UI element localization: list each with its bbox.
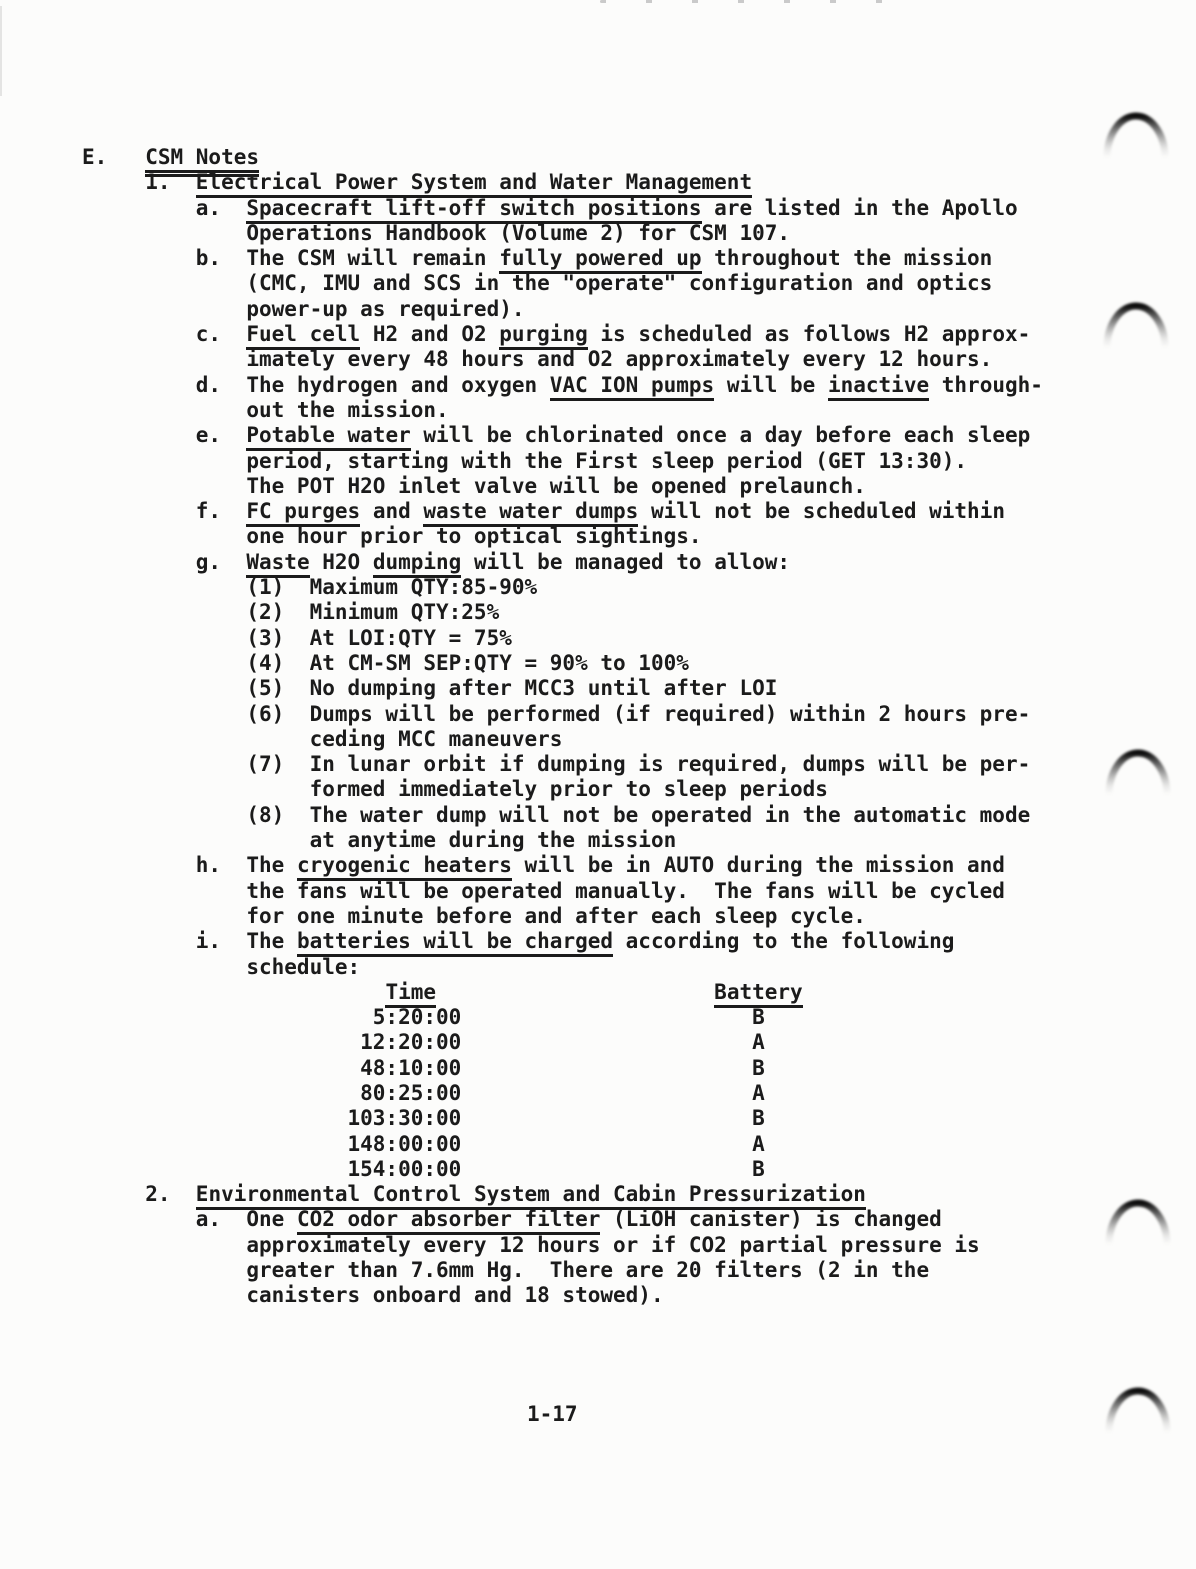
text-line: i. The batteries will be charged accordi… <box>82 929 1043 954</box>
text-line: g. Waste H2O dumping will be managed to … <box>82 550 1043 575</box>
text-line: for one minute before and after each sle… <box>82 904 1043 929</box>
text-line: 2. Environmental Control System and Cabi… <box>82 1182 1043 1207</box>
text-line: (CMC, IMU and SCS in the "operate" confi… <box>82 271 1043 296</box>
text-line: e. Potable water will be chlorinated onc… <box>82 423 1043 448</box>
binder-hole-shadow <box>1102 112 1170 162</box>
text-line: b. The CSM will remain fully powered up … <box>82 246 1043 271</box>
text-line: ceding MCC maneuvers <box>82 727 1043 752</box>
text-line: d. The hydrogen and oxygen VAC ION pumps… <box>82 373 1043 398</box>
text-line: 12:20:00 A <box>82 1030 1043 1055</box>
text-line: The POT H2O inlet valve will be opened p… <box>82 474 1043 499</box>
text-line: (1) Maximum QTY:85-90% <box>82 575 1043 600</box>
document-lines: E. CSM Notes 1. Electrical Power System … <box>82 145 1043 1309</box>
text-line: Operations Handbook (Volume 2) for CSM 1… <box>82 221 1043 246</box>
text-line: f. FC purges and waste water dumps will … <box>82 499 1043 524</box>
text-line: (4) At CM-SM SEP:QTY = 90% to 100% <box>82 651 1043 676</box>
text-line: a. Spacecraft lift-off switch positions … <box>82 196 1043 221</box>
text-line: out the mission. <box>82 398 1043 423</box>
scan-artifact-top-edge <box>600 0 920 3</box>
text-line: period, starting with the First sleep pe… <box>82 449 1043 474</box>
text-line: the fans will be operated manually. The … <box>82 879 1043 904</box>
text-line: imately every 48 hours and O2 approximat… <box>82 347 1043 372</box>
text-line: (5) No dumping after MCC3 until after LO… <box>82 676 1043 701</box>
binder-hole-shadow <box>1104 1387 1172 1437</box>
text-line: Time Battery <box>82 980 1043 1005</box>
binder-hole-shadow <box>1102 302 1170 352</box>
text-line: one hour prior to optical sightings. <box>82 524 1043 549</box>
document-page: E. CSM Notes 1. Electrical Power System … <box>0 0 1196 1569</box>
text-line: schedule: <box>82 955 1043 980</box>
text-line: a. One CO2 odor absorber filter (LiOH ca… <box>82 1207 1043 1232</box>
text-line: approximately every 12 hours or if CO2 p… <box>82 1233 1043 1258</box>
text-line: formed immediately prior to sleep period… <box>82 777 1043 802</box>
scan-artifact-left-edge <box>0 6 2 96</box>
text-line: 154:00:00 B <box>82 1157 1043 1182</box>
binder-hole-shadow <box>1104 749 1172 799</box>
text-line: 103:30:00 B <box>82 1106 1043 1131</box>
text-line: c. Fuel cell H2 and O2 purging is schedu… <box>82 322 1043 347</box>
text-line: (6) Dumps will be performed (if required… <box>82 702 1043 727</box>
page-number: 1-17 <box>527 1402 578 1426</box>
text-line: E. CSM Notes <box>82 145 1043 170</box>
text-line: (2) Minimum QTY:25% <box>82 600 1043 625</box>
text-line: at anytime during the mission <box>82 828 1043 853</box>
text-line: h. The cryogenic heaters will be in AUTO… <box>82 853 1043 878</box>
binder-hole-shadow <box>1104 1199 1172 1249</box>
text-line: (3) At LOI:QTY = 75% <box>82 626 1043 651</box>
text-line: power-up as required). <box>82 297 1043 322</box>
text-line: 5:20:00 B <box>82 1005 1043 1030</box>
text-line: (7) In lunar orbit if dumping is require… <box>82 752 1043 777</box>
text-line: greater than 7.6mm Hg. There are 20 filt… <box>82 1258 1043 1283</box>
text-line: 80:25:00 A <box>82 1081 1043 1106</box>
text-line: 48:10:00 B <box>82 1056 1043 1081</box>
text-line: (8) The water dump will not be operated … <box>82 803 1043 828</box>
text-line: canisters onboard and 18 stowed). <box>82 1283 1043 1308</box>
text-line: 148:00:00 A <box>82 1132 1043 1157</box>
